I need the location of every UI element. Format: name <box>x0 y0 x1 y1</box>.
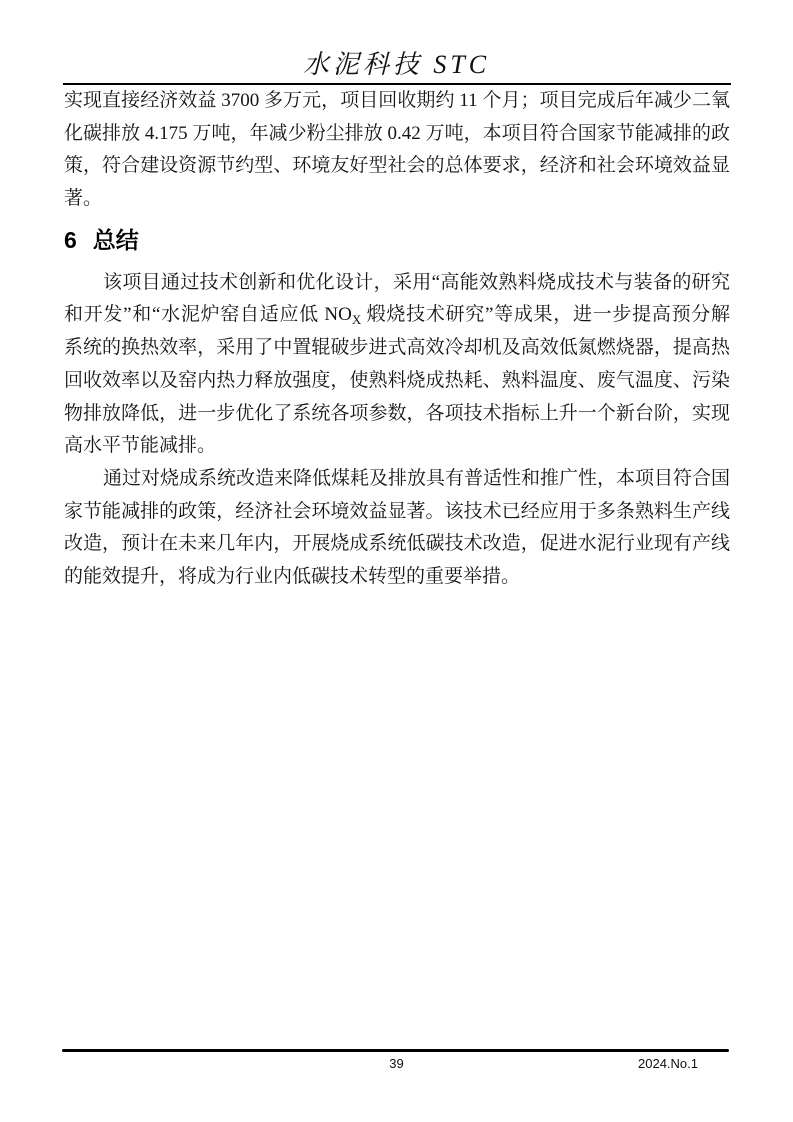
paragraph-line: 著。 <box>64 183 730 216</box>
paragraph-line: 回收效率以及窑内热力释放强度，使熟料烧成热耗、熟料温度、废气温度、污染 <box>64 365 730 398</box>
nox-subscript: X <box>352 312 361 327</box>
paragraph-line: 改造，预计在未来几年内，开展烧成系统低碳技术改造，促进水泥行业现有产线 <box>64 528 730 561</box>
paragraph-line: 策，符合建设资源节约型、环境友好型社会的总体要求，经济和社会环境效益显 <box>64 150 730 183</box>
section-number: 6 <box>64 226 77 254</box>
paragraph-line: 家节能减排的政策，经济社会环境效益显著。该技术已经应用于多条熟料生产线 <box>64 496 730 529</box>
paragraph-line: 实现直接经济效益 3700 多万元，项目回收期约 11 个月；项目完成后年减少二… <box>64 85 730 118</box>
issue-label: 2024.No.1 <box>638 1056 698 1071</box>
paragraph-line: 物排放降低，进一步优化了系统各项参数，各项技术指标上升一个新台阶，实现 <box>64 398 730 431</box>
paragraph-line-with-subscript: 和开发”和“水泥炉窑自适应低 NOX 煅烧技术研究”等成果，进一步提高预分解 <box>64 299 730 332</box>
paragraph-line: 系统的换热效率，采用了中置辊破步进式高效冷却机及高效低氮燃烧器，提高热 <box>64 332 730 365</box>
section-heading: 6总结 <box>64 226 730 254</box>
paragraph-line: 该项目通过技术创新和优化设计，采用“高能效熟料烧成技术与装备的研究 <box>64 267 730 300</box>
journal-page: 水泥科技 STC 实现直接经济效益 3700 多万元，项目回收期约 11 个月；… <box>0 0 793 1122</box>
paragraph-line: 化碳排放 4.175 万吨，年减少粉尘排放 0.42 万吨，本项目符合国家节能减… <box>64 118 730 151</box>
footer-rule <box>62 1049 729 1052</box>
line-segment: 和开发”和“水泥炉窑自适应低 NO <box>64 304 352 325</box>
section-title: 总结 <box>93 227 139 253</box>
paragraph-line: 通过对烧成系统改造来降低煤耗及排放具有普适性和推广性，本项目符合国 <box>64 463 730 496</box>
line-segment: 煅烧技术研究”等成果，进一步提高预分解 <box>361 304 730 325</box>
paragraph-line: 高水平节能减排。 <box>64 430 730 463</box>
article-body: 实现直接经济效益 3700 多万元，项目回收期约 11 个月；项目完成后年减少二… <box>64 85 730 594</box>
paragraph-line: 的能效提升，将成为行业内低碳技术转型的重要举措。 <box>64 561 730 594</box>
journal-title: 水泥科技 STC <box>0 44 793 81</box>
